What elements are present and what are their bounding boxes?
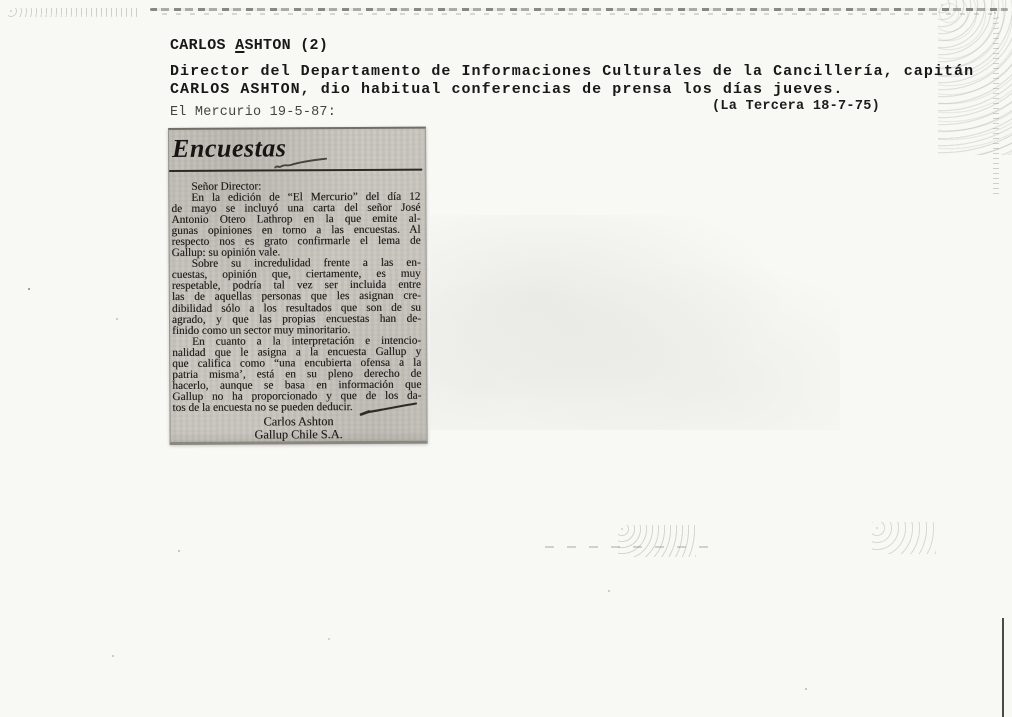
pen-check-stroke-mark [358,400,420,418]
scanned-archive-page: CARLOS ASHTON (2) Director del Departame… [0,0,1012,717]
scan-top-edge-artifact-faint [162,13,992,15]
citation-el-mercurio: El Mercurio 19-5-87: [170,105,336,121]
citation-la-tercera: (La Tercera 18-7-75) [712,99,880,115]
scan-smudge [430,215,840,430]
scan-speckle-cluster [872,522,936,554]
pen-underline-mark [273,156,329,170]
page-title: CARLOS ASHTON (2) [170,37,328,55]
description-line: CARLOS ASHTON, dio habitual conferencias… [170,81,974,99]
scan-right-edge-line [1002,618,1004,717]
page-title-prefix: CARLOS [170,37,235,54]
scan-top-edge-artifact [150,8,1008,11]
description-paragraph: Director del Departamento de Informacion… [170,63,974,98]
scan-faint-dashes [545,546,715,548]
scan-speckle-cluster [618,525,696,557]
scan-topleft-noise [8,8,140,17]
page-title-suffix: SHTON (2) [244,37,328,54]
newspaper-clipping: Encuestas Señor Director:En la edición d… [168,127,428,445]
signature-organization: Gallup Chile S.A. [171,427,427,441]
scan-stray-dots [28,288,30,290]
scan-right-edge-noise [993,10,999,195]
description-line: Director del Departamento de Informacion… [170,63,974,81]
clipping-body: Señor Director:En la edición de “El Merc… [171,181,421,414]
